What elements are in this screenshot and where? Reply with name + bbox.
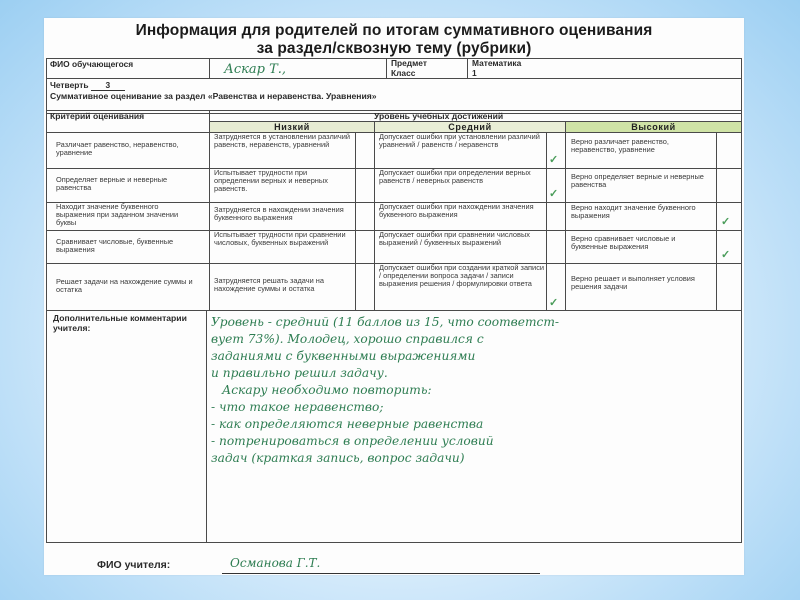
level-high-label: Высокий — [566, 122, 741, 132]
level-high-cell: Верно решает и выполняет условия решения… — [571, 275, 711, 291]
section-title: Суммативное оценивание за раздел «Равенс… — [50, 92, 377, 101]
title-line-1: Информация для родителей по итогам сумма… — [44, 22, 744, 40]
check-mark-icon: ✓ — [549, 153, 558, 166]
level-mid-cell: Допускает ошибки при создании краткой за… — [379, 264, 544, 289]
criterion-cell: Решает задачи на нахождение суммы и оста… — [56, 278, 196, 294]
criteria-header: Критерий оценивания — [50, 112, 144, 121]
quarter-value: 3 — [91, 81, 125, 91]
level-low-cell: Испытывает трудности при сравнении число… — [214, 231, 352, 247]
levels-header: Уровень учебных достижений — [374, 112, 503, 121]
level-low-cell: Испытывает трудности при определении вер… — [214, 169, 352, 194]
comments-label: Дополнительные комментарии учителя: — [53, 313, 193, 333]
comment-line: - что такое неравенство; — [211, 400, 383, 414]
criterion-cell: Определяет верные и неверные равенства — [56, 176, 196, 192]
quarter-label-text: Четверть — [50, 80, 88, 90]
comment-line: заданиями с буквенными выражениями — [211, 349, 475, 363]
level-low-label: Низкий — [210, 122, 374, 132]
student-label: ФИО обучающегося — [50, 60, 133, 69]
document-title: Информация для родителей по итогам сумма… — [44, 22, 744, 58]
level-mid-cell: Допускает ошибки при установлении различ… — [379, 133, 544, 149]
level-high-cell: Верно различает равенство, неравенство, … — [571, 138, 711, 154]
comment-line: Аскару необходимо повторить: — [222, 383, 432, 397]
subject-value: Математика — [472, 59, 521, 68]
title-line-2: за раздел/сквозную тему (рубрики) — [44, 40, 744, 58]
class-value: 1 — [472, 69, 477, 78]
level-high-cell: Верно определяет верные и неверные равен… — [571, 173, 711, 189]
level-mid-cell: Допускает ошибки при сравнении числовых … — [379, 231, 544, 247]
comment-line: - как определяются неверные равенства — [211, 417, 483, 431]
comment-line: и правильно решил задачу. — [211, 366, 388, 380]
level-mid-label: Средний — [375, 122, 565, 132]
level-low-cell: Затрудняется в установлении различий рав… — [214, 133, 352, 149]
quarter-label: Четверть 3 — [50, 81, 125, 91]
check-mark-icon: ✓ — [549, 296, 558, 309]
comment-line: - потренироваться в определении условий — [211, 434, 494, 448]
comment-line: Уровень - средний (11 баллов из 15, что … — [211, 315, 559, 329]
rubric-sheet: Информация для родителей по итогам сумма… — [44, 18, 744, 575]
level-mid-cell: Допускает ошибки при нахождении значения… — [379, 203, 544, 219]
level-high-cell: Верно сравнивает числовые и буквенные вы… — [571, 235, 711, 251]
teacher-label: ФИО учителя: — [97, 561, 170, 570]
level-high-cell: Верно находит значение буквенного выраже… — [571, 204, 711, 220]
comment-line: вует 73%). Молодец, хорошо справился с — [211, 332, 484, 346]
comment-line: задач (краткая запись, вопрос задачи) — [211, 451, 465, 465]
level-mid-cell: Допускает ошибки при определении верных … — [379, 169, 544, 185]
criterion-cell: Различает равенство, неравенство, уравне… — [56, 141, 196, 157]
teacher-name: Османова Г.Т. — [230, 556, 320, 570]
subject-label: Предмет — [391, 59, 427, 68]
check-mark-icon: ✓ — [549, 187, 558, 200]
level-low-cell: Затрудняется в нахождении значения букве… — [214, 206, 352, 222]
check-mark-icon: ✓ — [721, 215, 730, 228]
criterion-cell: Находит значение буквенного выражения пр… — [56, 203, 196, 228]
student-name: Аскар Т., — [224, 62, 286, 77]
level-low-cell: Затрудняется решать задачи на нахождение… — [214, 277, 352, 293]
check-mark-icon: ✓ — [721, 248, 730, 261]
class-label: Класс — [391, 69, 415, 78]
criterion-cell: Сравнивает числовые, буквенные выражения — [56, 238, 196, 254]
